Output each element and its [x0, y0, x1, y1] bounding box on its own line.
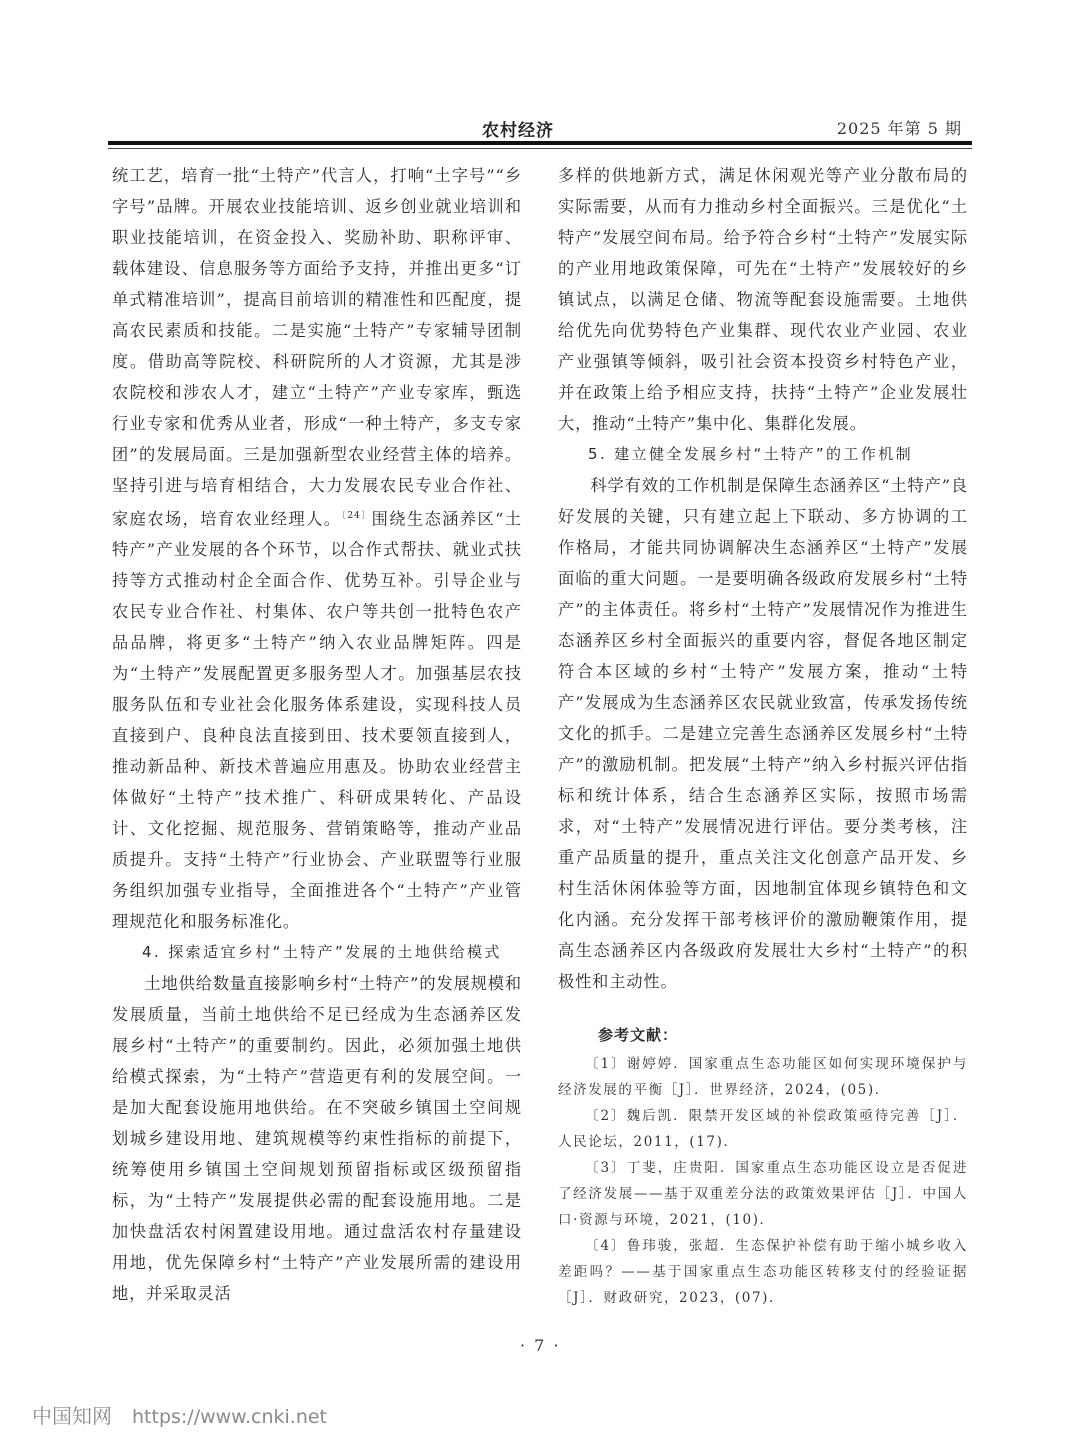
paragraph-text: 围绕生态涵养区“土特产”产业发展的各个环节，以合作式帮扶、就业式扶持等方式推动村… — [112, 509, 522, 931]
section-heading-5: 5. 建立健全发展乡村“土特产”的工作机制 — [558, 439, 968, 470]
paragraph: 土地供给数量直接影响乡村“土特产”的发展规模和发展质量，当前土地供给不足已经成为… — [112, 968, 522, 1309]
reference-item: 〔3〕丁斐，庄贵阳．国家重点生态功能区设立是否促进了经济发展——基于双重差分法的… — [558, 1155, 968, 1233]
reference-item: 〔2〕魏后凯．限禁开发区域的补偿政策亟待完善［J］．人民论坛，2011，(17)… — [558, 1103, 968, 1155]
citation: 〔24〕 — [341, 511, 371, 521]
journal-title: 农村经济 — [482, 116, 554, 141]
references-title: 参考文献： — [558, 1019, 968, 1051]
paragraph-text: 统工艺，培育一批“土特产”代言人，打响“土字号”“乡字号”品牌。开展农业技能培训… — [112, 166, 522, 528]
issue-label: 2025 年第 5 期 — [837, 116, 962, 139]
watermark-name: 中国知网 — [32, 1404, 112, 1428]
paragraph: 科学有效的工作机制是保障生态涵养区“土特产”良好发展的关键，只有建立起上下联动、… — [558, 470, 968, 997]
reference-item: 〔4〕鲁玮骏，张超．生态保护补偿有助于缩小城乡收入差距吗？——基于国家重点生态功… — [558, 1233, 968, 1311]
watermark-url[interactable]: https://www.cnki.net — [132, 1406, 327, 1428]
section-heading-4: 4. 探索适宜乡村“土特产”发展的土地供给模式 — [112, 937, 522, 968]
header-rule-thin — [108, 148, 972, 149]
paragraph: 多样的供地新方式，满足休闲观光等产业分散布局的实际需要，从而有力推动乡村全面振兴… — [558, 160, 968, 439]
page-number: · 7 · — [520, 1336, 561, 1355]
running-header: 农村经济 2025 年第 5 期 — [108, 112, 972, 152]
watermark: 中国知网https://www.cnki.net — [32, 1400, 327, 1429]
reference-item: 〔1〕谢婷婷．国家重点生态功能区如何实现环境保护与经济发展的平衡［J］．世界经济… — [558, 1051, 968, 1103]
paragraph: 统工艺，培育一批“土特产”代言人，打响“土字号”“乡字号”品牌。开展农业技能培训… — [112, 160, 522, 937]
left-column: 统工艺，培育一批“土特产”代言人，打响“土字号”“乡字号”品牌。开展农业技能培训… — [112, 160, 522, 1309]
header-rule-thick — [108, 141, 972, 145]
right-column: 多样的供地新方式，满足休闲观光等产业分散布局的实际需要，从而有力推动乡村全面振兴… — [558, 160, 968, 1311]
